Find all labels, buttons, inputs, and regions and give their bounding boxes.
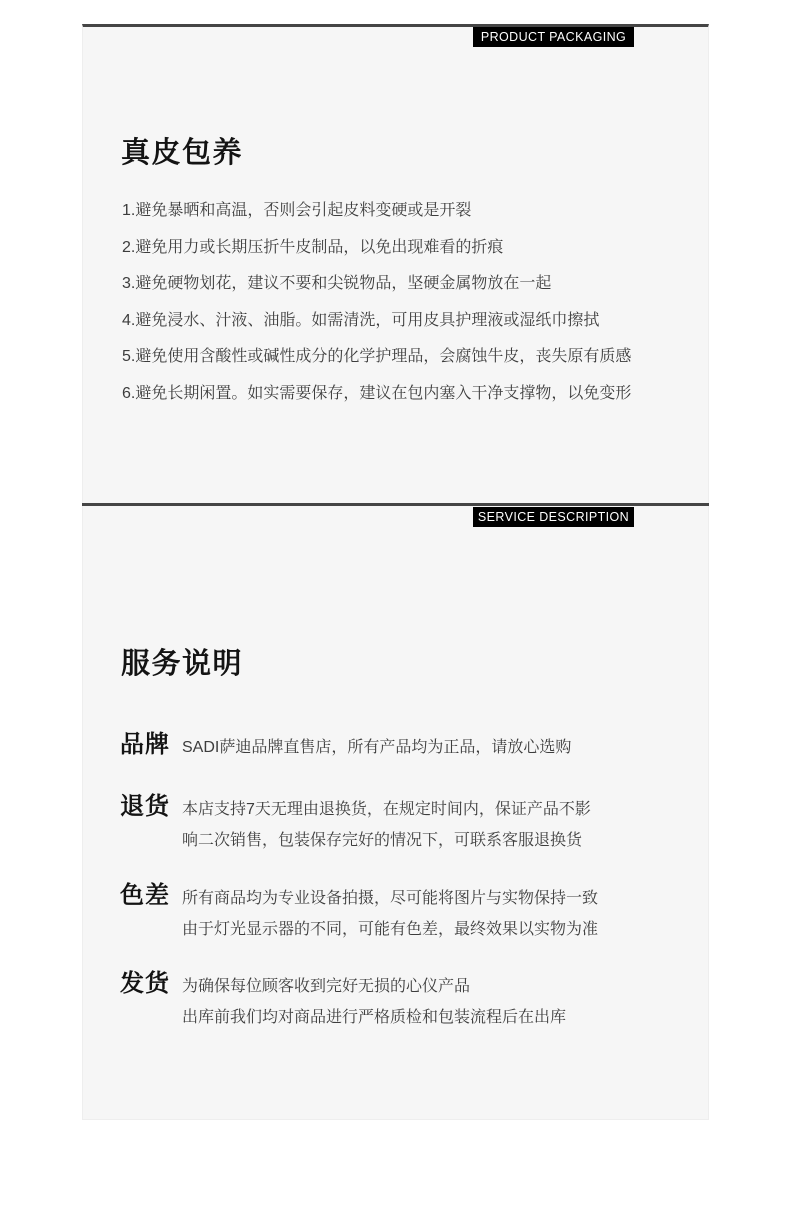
service-row-brand: 品牌 SADI萨迪品牌直售店，所有产品均为正品，请放心选购 xyxy=(120,730,695,764)
care-instruction-item: 2.避免用力或长期压折牛皮制品，以免出现难看的折痕 xyxy=(122,230,682,267)
care-instruction-item: 5.避免使用含酸性或碱性成分的化学护理品，会腐蚀牛皮，丧失原有质感 xyxy=(122,339,682,376)
section-divider xyxy=(82,503,709,506)
service-row-content: 所有商品均为专业设备拍摄，尽可能将图片与实物保持一致 由于灯光显示器的不同，可能… xyxy=(182,884,598,945)
service-section-title: 服务说明 xyxy=(121,648,243,680)
service-row-return: 退货 本店支持7天无理由退换货，在规定时间内，保证产品不影 响二次销售，包装保存… xyxy=(120,792,695,856)
care-instructions-list: 1.避免暴晒和高温，否则会引起皮料变硬或是开裂 2.避免用力或长期压折牛皮制品，… xyxy=(122,193,682,412)
care-instruction-item: 6.避免长期闲置。如实需要保存，建议在包内塞入干净支撑物，以免变形 xyxy=(122,376,682,413)
care-instruction-item: 4.避免浸水、汁液、油脂。如需清洗，可用皮具护理液或湿纸巾擦拭 xyxy=(122,303,682,340)
service-row-shipping: 发货 为确保每位顾客收到完好无损的心仪产品 出库前我们均对商品进行严格质检和包装… xyxy=(120,969,695,1033)
description-card xyxy=(82,24,709,1120)
service-row-label: 发货 xyxy=(120,969,170,999)
packaging-section-tag: PRODUCT PACKAGING xyxy=(473,27,634,47)
care-section-title: 真皮包养 xyxy=(121,137,243,169)
service-row-content: 本店支持7天无理由退换货，在规定时间内，保证产品不影 响二次销售，包装保存完好的… xyxy=(182,795,591,856)
product-description-page: PRODUCT PACKAGING 真皮包养 1.避免暴晒和高温，否则会引起皮料… xyxy=(0,0,790,1212)
service-row-content: SADI萨迪品牌直售店，所有产品均为正品，请放心选购 xyxy=(182,733,571,764)
care-instruction-item: 3.避免硬物划花，建议不要和尖锐物品，坚硬金属物放在一起 xyxy=(122,266,682,303)
service-section-tag: SERVICE DESCRIPTION xyxy=(473,507,634,527)
service-row-label: 退货 xyxy=(120,792,170,822)
service-row-color-difference: 色差 所有商品均为专业设备拍摄，尽可能将图片与实物保持一致 由于灯光显示器的不同… xyxy=(120,881,695,945)
service-row-label: 色差 xyxy=(120,881,170,911)
care-instruction-item: 1.避免暴晒和高温，否则会引起皮料变硬或是开裂 xyxy=(122,193,682,230)
service-row-label: 品牌 xyxy=(120,730,170,760)
service-row-content: 为确保每位顾客收到完好无损的心仪产品 出库前我们均对商品进行严格质检和包装流程后… xyxy=(182,972,566,1033)
